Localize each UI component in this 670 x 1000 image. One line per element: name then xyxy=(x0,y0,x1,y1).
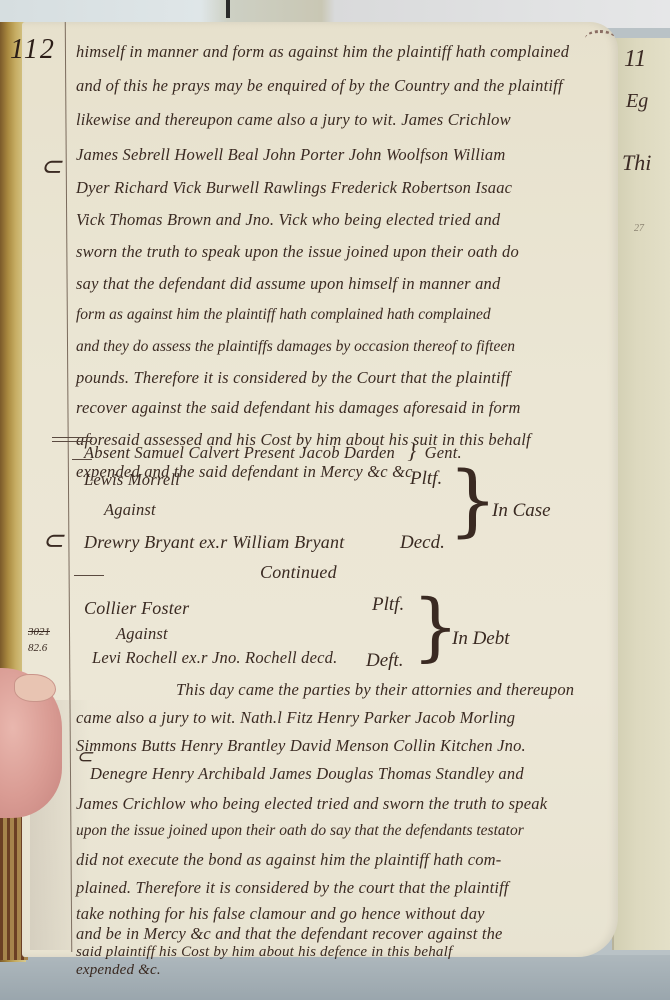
defendant-role: Deft. xyxy=(366,650,403,672)
text-line: himself in manner and form as against hi… xyxy=(76,42,616,62)
absent-note-text: Absent Samuel Calvert Present Jacob Dard… xyxy=(84,443,395,462)
entry-separator xyxy=(74,575,104,576)
book-spine-edge xyxy=(226,0,230,18)
against-label: Against xyxy=(116,624,656,644)
facing-page-fragment: Eg xyxy=(626,90,648,113)
text-line: take nothing for his false clamour and g… xyxy=(76,904,616,924)
text-line: form as against him the plaintiff hath c… xyxy=(76,306,616,324)
page-number: 112 xyxy=(10,34,56,66)
plaintiff-name: Lewis Morrell xyxy=(84,470,624,490)
bracket: } xyxy=(412,590,459,664)
plaintiff-role: Pltf. xyxy=(410,468,442,490)
text-line: said plaintiff his Cost by him about his… xyxy=(76,944,616,961)
text-line: Dyer Richard Vick Burwell Rawlings Frede… xyxy=(76,178,616,198)
text-line: did not execute the bond as against him … xyxy=(76,850,616,870)
defendant-name: Drewry Bryant ex.r William Bryant xyxy=(84,532,624,553)
text-line: and of this he prays may be enquired of … xyxy=(76,76,616,96)
text-line: and be in Mercy &c and that the defendan… xyxy=(76,924,616,944)
plaintiff-name: Collier Foster xyxy=(84,598,624,619)
text-line: and they do assess the plaintiffs damage… xyxy=(76,338,616,356)
text-line: likewise and thereupon came also a jury … xyxy=(76,110,616,130)
text-line: pounds. Therefore it is considered by th… xyxy=(76,368,616,388)
facing-page: 11 Eg Thi 27 xyxy=(612,38,670,950)
text-line: sworn the truth to speak upon the issue … xyxy=(76,242,616,262)
plaintiff-role: Pltf. xyxy=(372,594,404,616)
entry-flourish-mark: ⊂ xyxy=(40,152,62,182)
facing-page-number: 11 xyxy=(624,46,646,73)
text-line: plained. Therefore it is considered by t… xyxy=(76,878,616,898)
text-line: Vick Thomas Brown and Jno. Vick who bein… xyxy=(76,210,616,230)
absent-note: Absent Samuel Calvert Present Jacob Dard… xyxy=(84,438,624,464)
margin-note: 82.6 xyxy=(28,642,47,654)
against-label: Against xyxy=(104,500,644,520)
facing-page-fragment: 27 xyxy=(634,223,644,234)
defendant-name: Levi Rochell ex.r Jno. Rochell decd. xyxy=(92,648,632,668)
entry-flourish-mark: ⊂ xyxy=(42,526,64,556)
defendant-role: Decd. xyxy=(400,532,445,554)
text-line: expended &c. xyxy=(76,962,616,979)
case-type: In Debt xyxy=(452,628,510,650)
text-line: This day came the parties by their attor… xyxy=(176,680,670,700)
text-line: Simmons Butts Henry Brantley David Menso… xyxy=(76,736,616,756)
text-line: upon the issue joined upon their oath do… xyxy=(76,822,616,840)
facing-page-fragment: Thi xyxy=(622,150,651,176)
small-brace: } xyxy=(407,438,416,463)
text-line: James Sebrell Howell Beal John Porter Jo… xyxy=(76,145,616,165)
text-line: came also a jury to wit. Nath.l Fitz Hen… xyxy=(76,708,616,728)
text-line: Denegre Henry Archibald James Douglas Th… xyxy=(90,764,630,784)
text-line: recover against the said defendant his d… xyxy=(76,398,616,418)
case-type: In Case xyxy=(492,500,551,522)
text-line: James Crichlow who being elected tried a… xyxy=(76,794,616,814)
thumbnail xyxy=(14,674,56,702)
entry-separator xyxy=(72,459,92,460)
margin-note-struck: 3021 xyxy=(28,626,50,638)
bracket: } xyxy=(448,462,498,540)
case-status: Continued xyxy=(260,562,670,583)
text-line: say that the defendant did assume upon h… xyxy=(76,274,616,294)
